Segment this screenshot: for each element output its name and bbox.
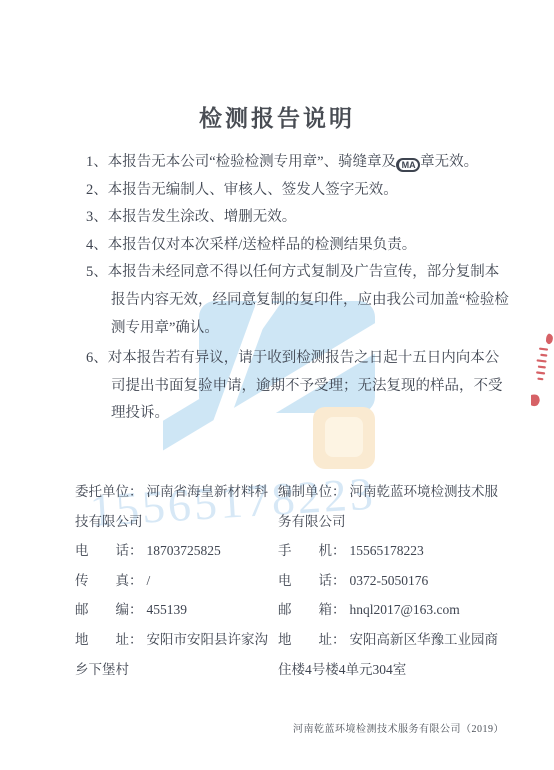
field-label: 手 机： [278, 543, 346, 558]
field-label: 传 真： [75, 573, 143, 588]
field-label: 地 址： [278, 632, 346, 647]
field-value: hnql2017@163.com [350, 602, 460, 617]
contact-row-client-phone: 电 话：18703725825 [75, 536, 278, 566]
field-label: 电 话： [278, 573, 346, 588]
note-item-6: 6、对本报告若有异议，请于收到检测报告之日起十五日内向本公司提出书面复验申请，逾… [86, 345, 512, 428]
note-text: 本报告仅对本次采样/送检样品的检测结果负责。 [108, 237, 417, 253]
contact-row-issuer-phone: 电 话：0372-5050176 [278, 566, 503, 596]
note-item-4: 4、本报告仅对本次采样/送检样品的检测结果负责。 [86, 232, 512, 260]
note-text: 对本报告若有异议，请于收到检测报告之日起十五日内向本公司提出书面复验申请，逾期不… [108, 350, 503, 421]
cma-mark-icon: MA [396, 158, 420, 172]
page-title: 检测报告说明 [0, 100, 554, 133]
note-number: 2、 [86, 182, 108, 198]
field-label: 邮 编： [75, 602, 143, 617]
note-number: 6、 [86, 350, 108, 366]
note-text: 本报告未经同意不得以任何方式复制及广告宣传，部分复制本报告内容无效，经同意复制的… [108, 264, 509, 335]
note-item-5: 5、本报告未经同意不得以任何方式复制及广告宣传，部分复制本报告内容无效，经同意复… [86, 259, 512, 342]
contact-row-client-address: 地 址：安阳市安阳县许家沟乡下堡村 [75, 625, 278, 684]
contact-row-issuer-email: 邮 箱：hnql2017@163.com [278, 595, 503, 625]
contact-row-issuer-mobile: 手 机：15565178223 [278, 536, 503, 566]
field-label: 编制单位： [278, 484, 346, 499]
note-text: 本报告无本公司“检验检测专用章”、骑缝章及 [108, 154, 396, 170]
issuer-contact-column: 编制单位：河南乾蓝环境检测技术服务有限公司 手 机：15565178223 电 … [278, 477, 503, 684]
field-label: 委托单位： [75, 484, 143, 499]
field-value: 15565178223 [350, 543, 424, 558]
contact-info-section: 委托单位：河南省海皇新材料科技有限公司 电 话：18703725825 传 真：… [75, 477, 515, 684]
footer-company-year: 河南乾蓝环境检测技术服务有限公司（2019） [293, 720, 504, 735]
note-number: 5、 [86, 264, 108, 280]
contact-row-client-zip: 邮 编：455139 [75, 595, 278, 625]
field-value: 0372-5050176 [350, 573, 429, 588]
note-number: 4、 [86, 237, 108, 253]
field-value: 455139 [147, 602, 188, 617]
note-number: 1、 [86, 154, 108, 170]
field-value: / [147, 573, 151, 588]
contact-row-issuer-unit: 编制单位：河南乾蓝环境检测技术服务有限公司 [278, 477, 503, 536]
document-content: 检测报告说明 1、本报告无本公司“检验检测专用章”、骑缝章及MA章无效。 2、本… [0, 0, 554, 770]
client-contact-column: 委托单位：河南省海皇新材料科技有限公司 电 话：18703725825 传 真：… [75, 477, 278, 684]
report-notes-page: 15565178223 检测报告说明 1、本报告无本公司“检验检测专用章”、骑缝… [0, 0, 554, 770]
note-text: 章无效。 [420, 154, 478, 170]
contact-row-issuer-address: 地 址：安阳高新区华豫工业园商住楼4号楼4单元304室 [278, 625, 503, 684]
field-value: 18703725825 [147, 543, 221, 558]
contact-row-client-fax: 传 真：/ [75, 566, 278, 596]
note-text: 本报告无编制人、审核人、签发人签字无效。 [108, 182, 398, 198]
contact-row-client-unit: 委托单位：河南省海皇新材料科技有限公司 [75, 477, 278, 536]
note-number: 3、 [86, 209, 108, 225]
note-item-2: 2、本报告无编制人、审核人、签发人签字无效。 [86, 177, 512, 205]
field-label: 地 址： [75, 632, 143, 647]
note-item-3: 3、本报告发生涂改、增删无效。 [86, 204, 512, 232]
notes-list: 1、本报告无本公司“检验检测专用章”、骑缝章及MA章无效。 2、本报告无编制人、… [86, 149, 512, 428]
field-label: 电 话： [75, 543, 143, 558]
field-label: 邮 箱： [278, 602, 346, 617]
note-text: 本报告发生涂改、增删无效。 [108, 209, 297, 225]
note-item-1: 1、本报告无本公司“检验检测专用章”、骑缝章及MA章无效。 [86, 149, 512, 177]
